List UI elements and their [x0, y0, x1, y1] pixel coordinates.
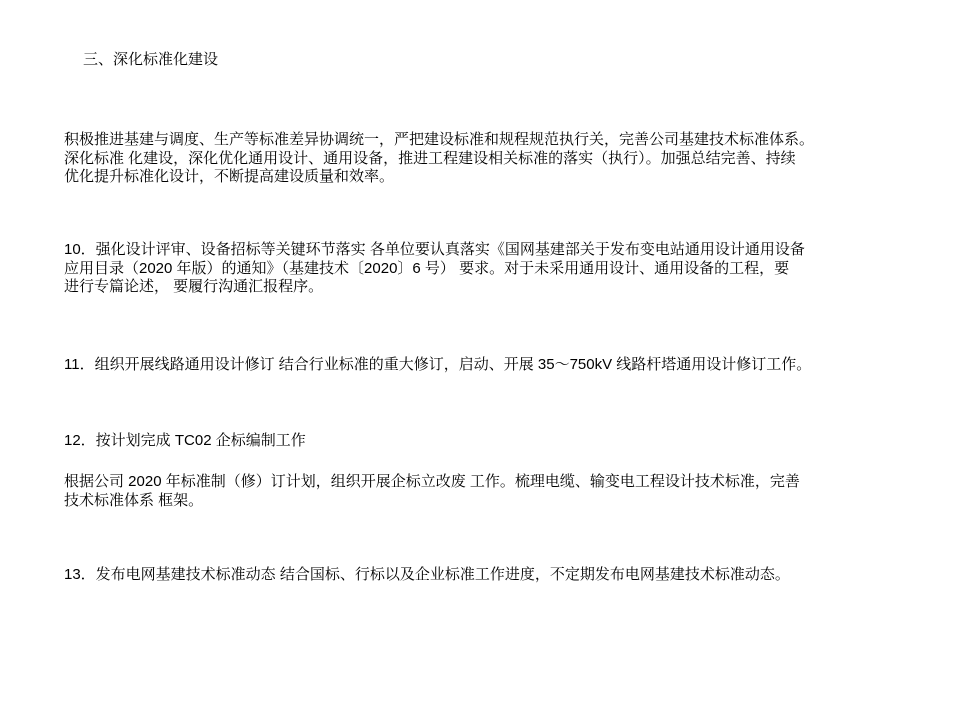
paragraph-item-13: 13．发布电网基建技术标准动态 结合国标、行标以及企业标准工作进度，不定期发布电… — [64, 566, 924, 585]
paragraph-item-12-heading: 12．按计划完成 TC02 企标编制工作 — [64, 432, 924, 451]
paragraph-intro: 积极推进基建与调度、生产等标准差异协调统一，严把建设标准和规程规范执行关，完善公… — [64, 131, 924, 187]
paragraph-item-12-body: 根据公司 2020 年标准制（修）订计划，组织开展企标立改废 工作。梳理电缆、输… — [64, 473, 924, 510]
document-page: 三、深化标准化建设 积极推进基建与调度、生产等标准差异协调统一，严把建设标准和规… — [0, 0, 960, 720]
paragraph-item-11: 11．组织开展线路通用设计修订 结合行业标准的重大修订，启动、开展 35～750… — [64, 356, 924, 375]
section-heading: 三、深化标准化建设 — [83, 51, 218, 70]
paragraph-item-10: 10．强化设计评审、设备招标等关键环节落实 各单位要认真落实《国网基建部关于发布… — [64, 241, 924, 297]
